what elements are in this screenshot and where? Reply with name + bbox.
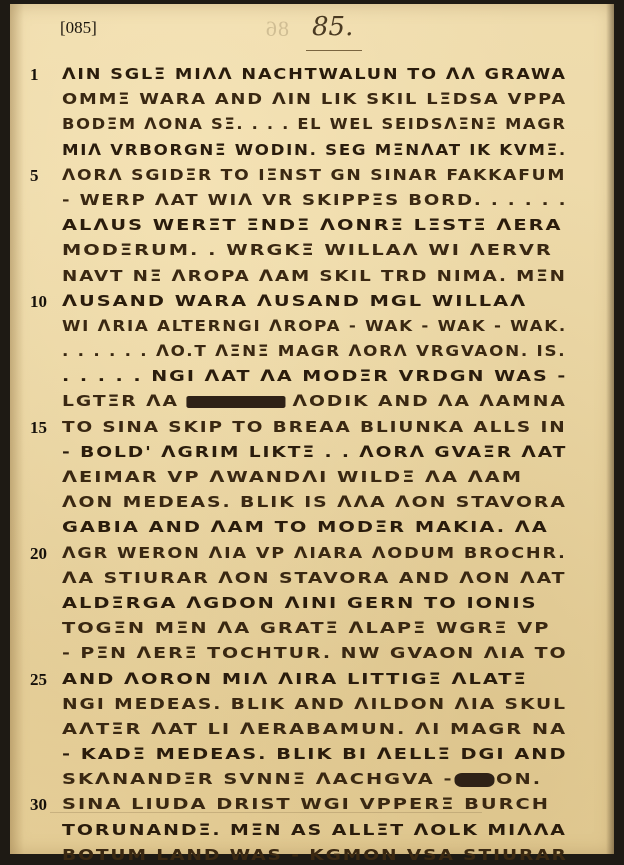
line-text: NAVT NΞ ΛROPA ΛAM SKIL TRD NIMA. MΞN [62,264,567,289]
line-text-before-blot: LGTΞR ΛA [62,392,179,410]
line-number: 20 [30,541,54,566]
line-text: ΛA STIURAR ΛON STAVORA AND ΛON ΛAT [62,566,566,591]
line-text-after-blot: ΛODIK AND ΛA ΛAMNA [293,392,567,410]
line-text: ΛEIMAR VP ΛWANDΛI WILDΞ ΛA ΛAM [62,465,523,490]
manuscript-lines: 1ΛIN SGLΞ MIΛΛ NACHTWALUN TO ΛΛ GRAWAOMM… [10,62,614,865]
bleed-through-page-number: 86 [265,16,289,42]
manuscript-line: 1ΛIN SGLΞ MIΛΛ NACHTWALUN TO ΛΛ GRAWA [10,62,614,87]
line-text: ALDΞRGA ΛGDON ΛINI GERN TO IONIS [62,591,538,616]
manuscript-line: 25AND ΛORON MIΛ ΛIRA LITTIGΞ ΛLATΞ [10,667,614,692]
line-text: ΛUSAND WARA ΛUSAND MGL WILLAΛ [62,289,527,314]
line-number: 1 [30,62,54,87]
bottom-margin-rule [50,812,482,813]
manuscript-line: 30SINA LIUDA DRIST WGI VPPERΞ BURCH [10,792,614,817]
line-number: 10 [30,289,54,314]
line-text: AΛTΞR ΛAT LI ΛERABAMUN. ΛI MAGR NA [62,717,567,742]
line-text: . . . . . NGI ΛAT ΛA MODΞR VRDGN WAS - [62,364,567,389]
folio-label: [085] [60,18,97,38]
line-text: ΛIN SGLΞ MIΛΛ NACHTWALUN TO ΛΛ GRAWA [62,62,567,87]
manuscript-line: - KADΞ MEDEAS. BLIK BI ΛELLΞ DGI AND [10,742,614,767]
manuscript-line: TOGΞN MΞN ΛA GRATΞ ΛLAPΞ WGRΞ VP [10,616,614,641]
manuscript-page: [085] 86 85. 1ΛIN SGLΞ MIΛΛ NACHTWALUN T… [10,4,614,854]
line-text: AND ΛORON MIΛ ΛIRA LITTIGΞ ΛLATΞ [62,667,528,692]
manuscript-line: - PΞN ΛERΞ TOCHTUR. NW GVAON ΛIA TO [10,641,614,666]
manuscript-line: TORUNANDΞ. MΞN AS ALLΞT ΛOLK MIΛΛA [10,818,614,843]
manuscript-line: BODΞM ΛONA SΞ. . . . EL WEL SEIDSΛΞNΞ MA… [10,112,614,137]
manuscript-line: BOTUM LAND WAS - KGMON VSA STIURAR [10,843,614,865]
manuscript-line: ALΛUS WERΞT ΞNDΞ ΛONRΞ LΞSTΞ ΛERA [10,213,614,238]
handwritten-page-number: 85. [312,12,353,42]
line-text: LGTΞR ΛAΛODIK AND ΛA ΛAMNA [62,389,567,414]
line-text: - WERP ΛAT WIΛ VR SKIPPΞS BORD. . . . . … [62,188,567,213]
line-text: ΛORΛ SGIDΞR TO IΞNST GN SINAR FAKKAFUM [62,163,566,188]
line-text: ALΛUS WERΞT ΞNDΞ ΛONRΞ LΞSTΞ ΛERA [62,213,563,238]
line-text: TO SINA SKIP TO BREAA BLIUNKA ALLS IN [62,415,567,440]
line-text: - PΞN ΛERΞ TOCHTUR. NW GVAON ΛIA TO [62,641,568,666]
line-text: TOGΞN MΞN ΛA GRATΞ ΛLAPΞ WGRΞ VP [62,616,550,641]
manuscript-line: ΛA STIURAR ΛON STAVORA AND ΛON ΛAT [10,566,614,591]
manuscript-line: . . . . . NGI ΛAT ΛA MODΞR VRDGN WAS - [10,364,614,389]
manuscript-line: ALDΞRGA ΛGDON ΛINI GERN TO IONIS [10,591,614,616]
line-number: 5 [30,163,54,188]
manuscript-line: ΛON MEDEAS. BLIK IS ΛΛA ΛON STAVORA [10,490,614,515]
manuscript-line: MODΞRUM. . WRGKΞ WILLAΛ WI ΛERVR [10,238,614,263]
manuscript-line: OMMΞ WARA AND ΛIN LIK SKIL LΞDSA VPPA [10,87,614,112]
line-text: - KADΞ MEDEAS. BLIK BI ΛELLΞ DGI AND [62,742,567,767]
line-text: ΛON MEDEAS. BLIK IS ΛΛA ΛON STAVORA [62,490,567,515]
manuscript-line: ΛEIMAR VP ΛWANDΛI WILDΞ ΛA ΛAM [10,465,614,490]
line-text-before-blot: SKΛNANDΞR SVNNΞ ΛACHGVA - [62,770,454,788]
manuscript-line: . . . . . . ΛO.T ΛΞNΞ MAGR ΛORΛ VRGVAON.… [10,339,614,364]
manuscript-line: NAVT NΞ ΛROPA ΛAM SKIL TRD NIMA. MΞN [10,264,614,289]
line-text: ΛGR WERON ΛIA VP ΛIARA ΛODUM BROCHR. [62,541,567,566]
page-number-underline [306,50,362,51]
manuscript-line: 15TO SINA SKIP TO BREAA BLIUNKA ALLS IN [10,415,614,440]
line-text: WI ΛRIA ALTERNGI ΛROPA - WAK - WAK - WAK… [62,314,567,339]
line-text: TORUNANDΞ. MΞN AS ALLΞT ΛOLK MIΛΛA [62,818,567,843]
line-text: NGI MEDEAS. BLIK AND ΛILDON ΛIA SKUL [62,692,567,717]
manuscript-line: MIΛ VRBORGNΞ WODIN. SEG MΞNΛAT IK KVMΞ. [10,138,614,163]
line-text: BODΞM ΛONA SΞ. . . . EL WEL SEIDSΛΞNΞ MA… [62,112,567,137]
manuscript-line: LGTΞR ΛAΛODIK AND ΛA ΛAMNA [10,389,614,414]
line-number: 30 [30,792,54,817]
manuscript-line: AΛTΞR ΛAT LI ΛERABAMUN. ΛI MAGR NA [10,717,614,742]
manuscript-line: 5ΛORΛ SGIDΞR TO IΞNST GN SINAR FAKKAFUM [10,163,614,188]
manuscript-line: WI ΛRIA ALTERNGI ΛROPA - WAK - WAK - WAK… [10,314,614,339]
line-text: SKΛNANDΞR SVNNΞ ΛACHGVA -ON. [62,767,542,792]
line-number: 25 [30,667,54,692]
line-text: MODΞRUM. . WRGKΞ WILLAΛ WI ΛERVR [62,238,553,263]
line-text: MIΛ VRBORGNΞ WODIN. SEG MΞNΛAT IK KVMΞ. [62,138,567,163]
line-text: GABIA AND ΛAM TO MODΞR MAKIA. ΛA [62,515,549,540]
line-text: SINA LIUDA DRIST WGI VPPERΞ BURCH [62,792,550,817]
line-text-after-blot: ON. [496,770,542,788]
manuscript-line: GABIA AND ΛAM TO MODΞR MAKIA. ΛA [10,515,614,540]
line-text: BOTUM LAND WAS - KGMON VSA STIURAR [62,843,568,865]
line-number: 15 [30,415,54,440]
manuscript-line: - WERP ΛAT WIΛ VR SKIPPΞS BORD. . . . . … [10,188,614,213]
manuscript-line: - BOLD' ΛGRIM LIKTΞ . . ΛORΛ GVAΞR ΛAT [10,440,614,465]
ink-blot-redaction [455,773,495,787]
manuscript-line: NGI MEDEAS. BLIK AND ΛILDON ΛIA SKUL [10,692,614,717]
line-text: . . . . . . ΛO.T ΛΞNΞ MAGR ΛORΛ VRGVAON.… [62,339,566,364]
manuscript-line: SKΛNANDΞR SVNNΞ ΛACHGVA -ON. [10,767,614,792]
manuscript-line: 10ΛUSAND WARA ΛUSAND MGL WILLAΛ [10,289,614,314]
ink-blot-redaction [186,396,285,408]
line-text: OMMΞ WARA AND ΛIN LIK SKIL LΞDSA VPPA [62,87,567,112]
manuscript-line: 20ΛGR WERON ΛIA VP ΛIARA ΛODUM BROCHR. [10,541,614,566]
line-text: - BOLD' ΛGRIM LIKTΞ . . ΛORΛ GVAΞR ΛAT [62,440,567,465]
